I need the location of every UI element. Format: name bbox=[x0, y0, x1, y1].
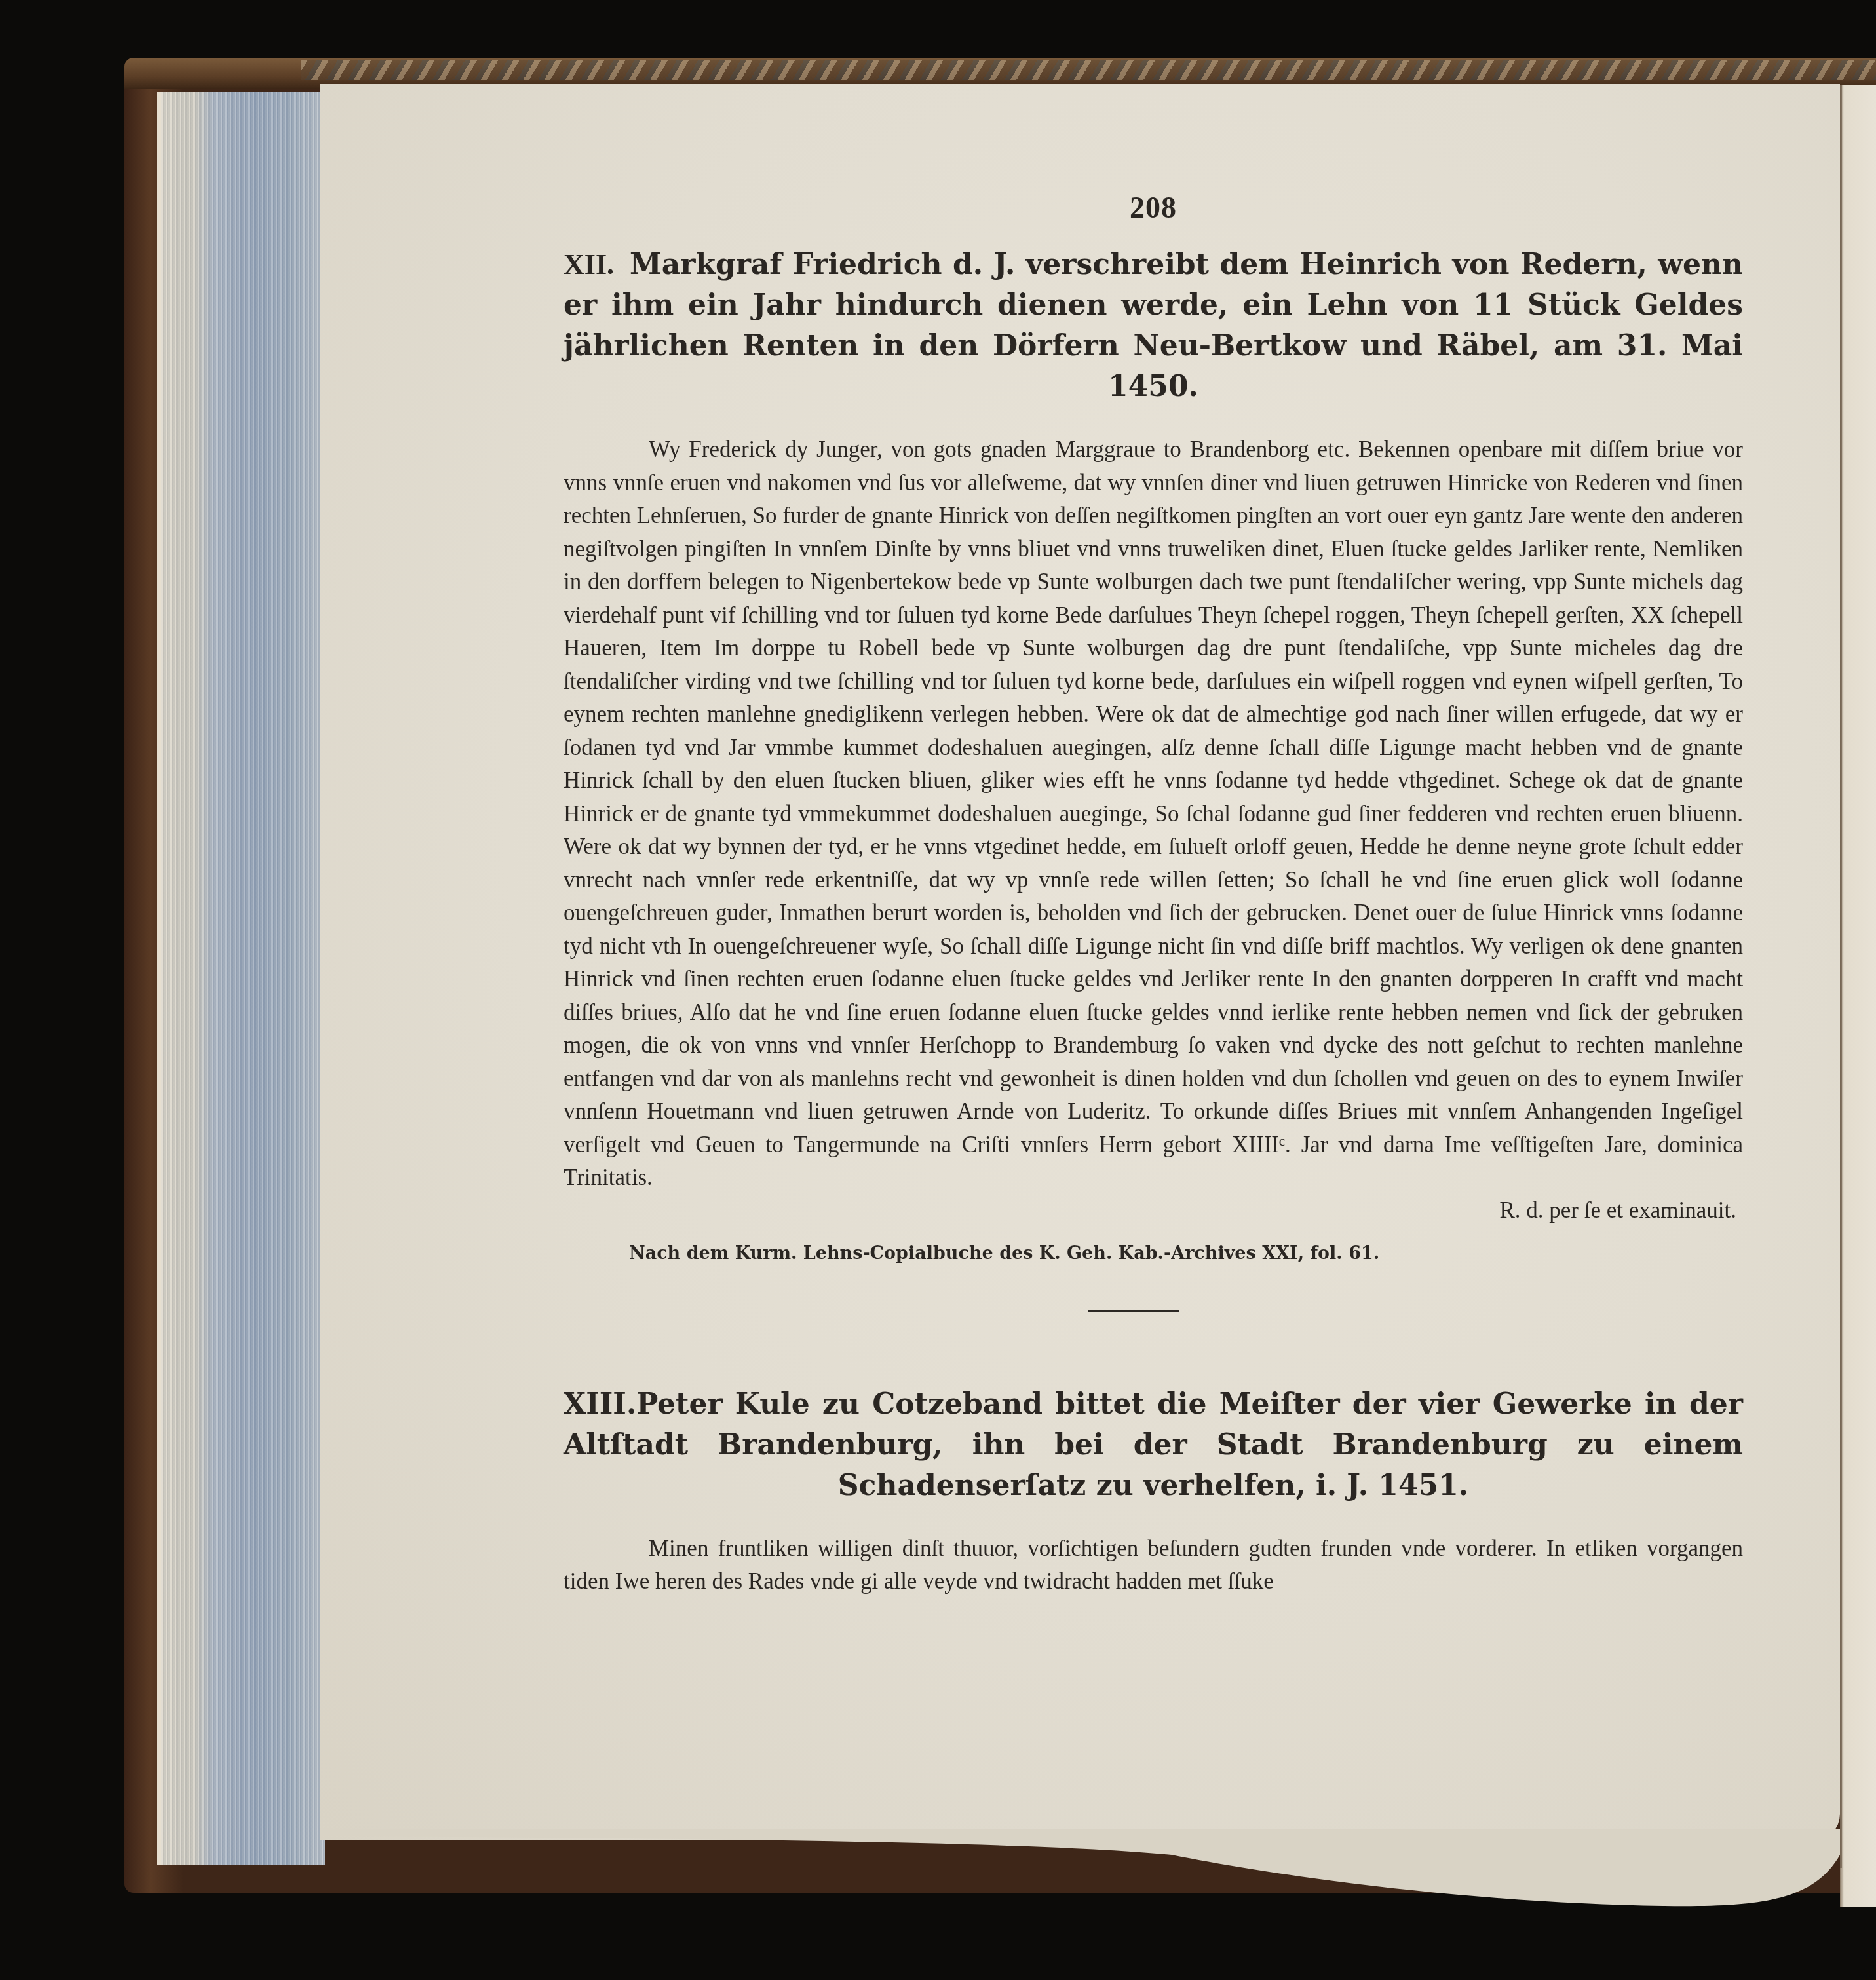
document-xii-numeral: XII. bbox=[564, 248, 614, 281]
page-content: 208 XII.Markgraf Friedrich d. J. verschr… bbox=[564, 190, 1743, 1599]
document-xiii-body: Minen fruntliken willigen dinſt thuuor, … bbox=[564, 1532, 1743, 1599]
document-xii-body: Wy Frederick dy Junger, von gots gnaden … bbox=[564, 433, 1743, 1195]
page-number: 208 bbox=[564, 190, 1743, 225]
facing-page-edge bbox=[1840, 85, 1876, 1907]
document-xiii-title: Peter Kule zu Cotzeband bittet die Meiſt… bbox=[564, 1388, 1743, 1502]
document-xii-title: Markgraf Friedrich d. J. verschreibt dem… bbox=[564, 248, 1743, 403]
document-xii-heading: XII.Markgraf Friedrich d. J. verschreibt… bbox=[564, 244, 1743, 407]
document-xiii-numeral: XIII. bbox=[564, 1388, 636, 1421]
document-xii-paragraph: Wy Frederick dy Junger, von gots gnaden … bbox=[564, 433, 1743, 1195]
page-fore-edge-stack bbox=[157, 92, 325, 1865]
marbled-endpaper bbox=[301, 60, 1876, 80]
gutter-fold-line bbox=[1840, 85, 1842, 1868]
document-xii-source-note: Nach dem Kurm. Lehns-Copialbuche des K. … bbox=[629, 1243, 1743, 1264]
document-xii-signature: R. d. per ſe et examinauit. bbox=[564, 1197, 1736, 1224]
section-divider bbox=[1088, 1310, 1179, 1312]
document-xiii-paragraph: Minen fruntliken willigen dinſt thuuor, … bbox=[564, 1532, 1743, 1599]
document-xiii-heading: XIII.Peter Kule zu Cotzeband bittet die … bbox=[564, 1384, 1743, 1506]
